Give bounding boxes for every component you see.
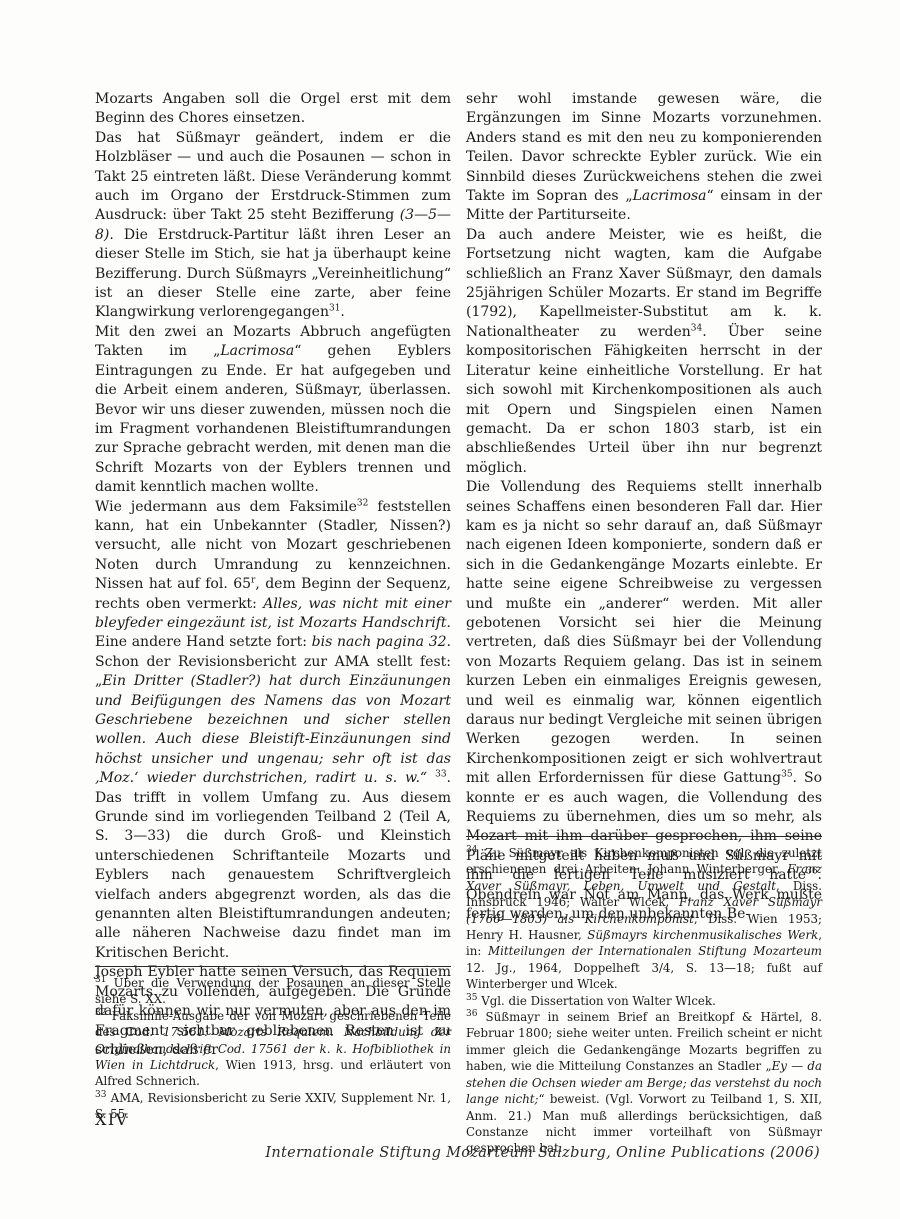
paragraph: sehr wohl imstande gewesen wäre, die Erg… (466, 90, 822, 226)
footnote-separator-line (95, 966, 451, 967)
paragraph: Wie jedermann aus dem Faksimile32 festst… (95, 498, 451, 964)
right-text-column: sehr wohl imstande gewesen wäre, die Erg… (466, 90, 822, 924)
footnote-32: 32 Faksimile-Ausgabe der von Mozart gesc… (95, 1008, 451, 1090)
footnote-31: 31 Über die Verwendung der Posaunen an d… (95, 975, 451, 1008)
scanned-book-page: Mozarts Angaben soll die Orgel erst mit … (0, 0, 900, 1219)
publication-credit-footer: Internationale Stiftung Mozarteum Salzbu… (265, 1145, 820, 1161)
left-text-column: Mozarts Angaben soll die Orgel erst mit … (95, 90, 451, 1060)
footnote-36: 36 Süßmayr in seinem Brief an Breitkopf … (466, 1009, 822, 1157)
footnote-33: 33 AMA, Revisionsbericht zu Serie XXIV, … (95, 1090, 451, 1123)
footnote-separator-line (466, 836, 822, 837)
left-footnote-block: 31 Über die Verwendung der Posaunen an d… (95, 966, 451, 1123)
footnote-35: 35 Vgl. die Dissertation von Walter Wlce… (466, 993, 822, 1009)
paragraph: Mozarts Angaben soll die Orgel erst mit … (95, 90, 451, 129)
footnote-34: 34 Zu Süßmayr als Kirchenkomponisten vgl… (466, 845, 822, 993)
paragraph: Das hat Süßmayr geändert, indem er die H… (95, 129, 451, 323)
page-number: XIV (95, 1110, 129, 1129)
right-footnote-block: 34 Zu Süßmayr als Kirchenkomponisten vgl… (466, 836, 822, 1157)
paragraph: Da auch andere Meister, wie es heißt, di… (466, 226, 822, 478)
paragraph: Mit den zwei an Mozarts Abbruch angefügt… (95, 323, 451, 498)
